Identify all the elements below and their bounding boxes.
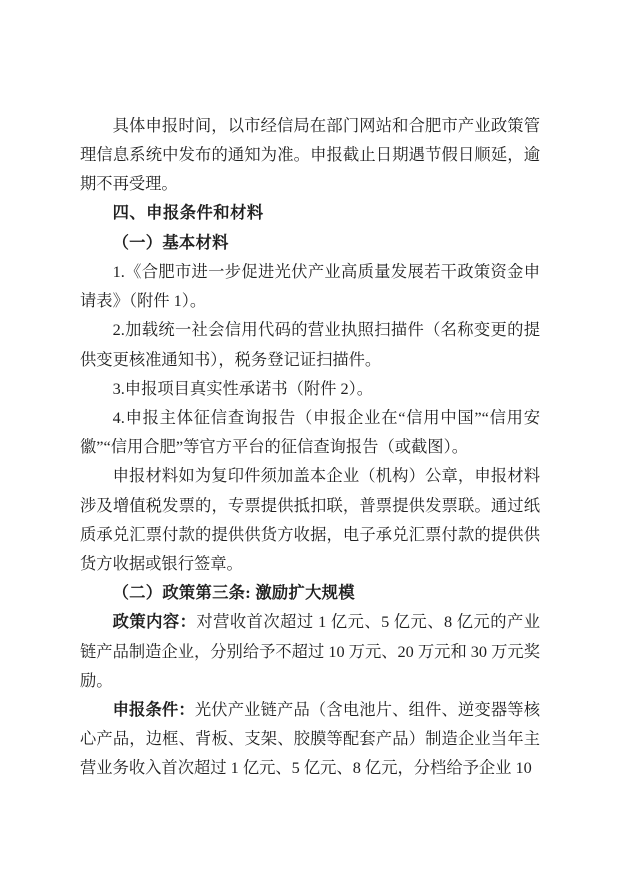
document-content: 具体申报时间，以市经信局在部门网站和合肥市产业政策管理信息系统中发布的通知为准。… [0,0,620,783]
list-item-credit-report: 4.申报主体征信查询报告（申报企业在“信用中国”“信用安徽”“信用合肥”等官方平… [80,403,540,461]
list-item-business-license: 2.加载统一社会信用代码的营业执照扫描件（名称变更的提供变更核准通知书），税务登… [80,315,540,373]
paragraph-policy-content: 政策内容：对营收首次超过 1 亿元、5 亿元、8 亿元的产业链产品制造企业，分别… [80,607,540,695]
section-heading-conditions-and-materials: 四、申报条件和材料 [80,199,540,228]
subsection-heading-policy-article-3: （二）政策第三条: 激励扩大规模 [80,578,540,607]
list-item-application-form: 1.《合肥市进一步促进光伏产业高质量发展若干政策资金申请表》（附件 1）。 [80,257,540,315]
paragraph-materials-note: 申报材料如为复印件须加盖本企业（机构）公章，申报材料涉及增值税发票的，专票提供抵… [80,461,540,578]
subsection-heading-basic-materials: （一）基本材料 [80,228,540,257]
document-page: 具体申报时间，以市经信局在部门网站和合肥市产业政策管理信息系统中发布的通知为准。… [0,0,620,876]
paragraph-application-conditions: 申报条件：光伏产业链产品（含电池片、组件、逆变器等核心产品，边框、背板、支架、胶… [80,695,540,783]
list-item-authenticity-commitment: 3.申报项目真实性承诺书（附件 2）。 [80,374,540,403]
paragraph-application-time: 具体申报时间，以市经信局在部门网站和合肥市产业政策管理信息系统中发布的通知为准。… [80,111,540,199]
policy-content-label: 政策内容： [113,612,197,631]
application-conditions-label: 申报条件： [113,700,195,719]
